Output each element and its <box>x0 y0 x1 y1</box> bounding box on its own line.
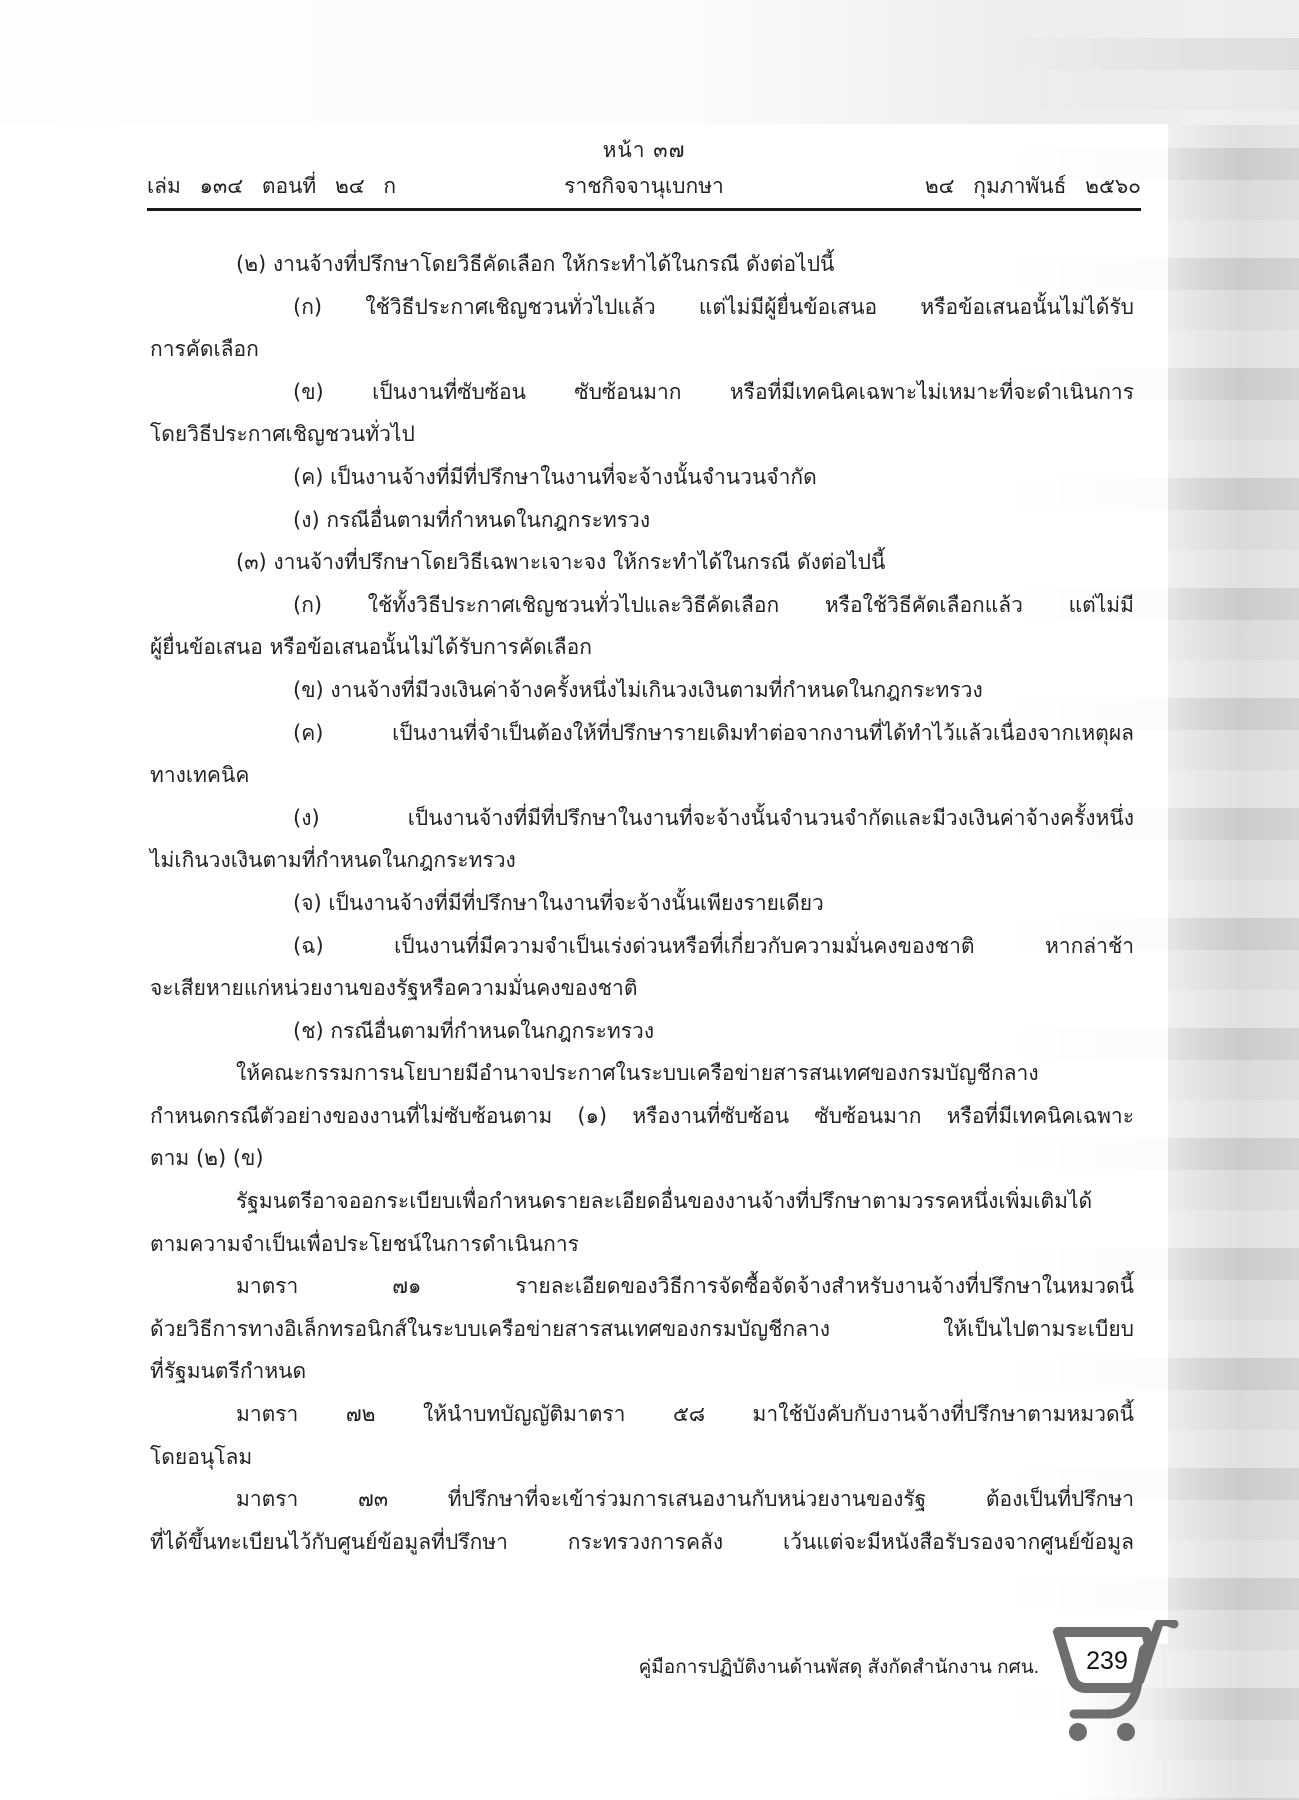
body-line: ทางเทคนิค <box>150 754 1134 797</box>
body-line: ผู้ยื่นข้อเสนอ หรือข้อเสนอนั้นไม่ได้รับก… <box>150 626 1134 669</box>
body-line: (ก) ใช้วิธีประกาศเชิญชวนทั่วไปแล้ว แต่ไม… <box>150 286 1134 329</box>
body-line: (ข) งานจ้างที่มีวงเงินค่าจ้างครั้งหนึ่งไ… <box>150 669 1134 712</box>
body-line: ไม่เกินวงเงินตามที่กำหนดในกฎกระทรวง <box>150 839 1134 882</box>
body-line: กำหนดกรณีตัวอย่างของงานที่ไม่ซับซ้อนตาม … <box>150 1095 1134 1138</box>
gazette-header-row: เล่ม ๑๓๔ ตอนที่ ๒๔ ก ราชกิจจานุเบกษา ๒๔ … <box>147 170 1141 206</box>
body-line: การคัดเลือก <box>150 328 1134 371</box>
body-line: (๒) งานจ้างที่ปรึกษาโดยวิธีคัดเลือก ให้ก… <box>150 243 1134 286</box>
publication-date: ๒๔ กุมภาพันธ์ ๒๕๖๐ <box>925 170 1141 203</box>
header-divider <box>147 208 1141 211</box>
body-line: ด้วยวิธีการทางอิเล็กทรอนิกส์ในระบบเครือข… <box>150 1308 1134 1351</box>
body-line: จะเสียหายแก่หน่วยงานของรัฐหรือความมั่นคง… <box>150 967 1134 1010</box>
book-page-number: 239 <box>1074 1647 1140 1676</box>
body-line: รัฐมนตรีอาจออกระเบียบเพื่อกำหนดรายละเอีย… <box>150 1180 1134 1223</box>
body-line: (ก) ใช้ทั้งวิธีประกาศเชิญชวนทั่วไปและวิธ… <box>150 584 1134 627</box>
body-line: ที่ได้ขึ้นทะเบียนไว้กับศูนย์ข้อมูลที่ปรึ… <box>150 1521 1134 1564</box>
footer-caption: คู่มือการปฏิบัติงานด้านพัสดุ สังกัดสำนัก… <box>614 1652 1039 1682</box>
body-line: (ค) เป็นงานจ้างที่มีที่ปรึกษาในงานที่จะจ… <box>150 456 1134 499</box>
body-line: มาตรา ๗๑ รายละเอียดของวิธีการจัดซื้อจัดจ… <box>150 1265 1134 1308</box>
body-line: (๓) งานจ้างที่ปรึกษาโดยวิธีเฉพาะเจาะจง ใ… <box>150 541 1134 584</box>
body-line: (ข) เป็นงานที่ซับซ้อน ซับซ้อนมาก หรือที่… <box>150 371 1134 414</box>
body-line: ตาม (๒) (ข) <box>150 1137 1134 1180</box>
body-line: โดยอนุโลม <box>150 1436 1134 1479</box>
body-line: โดยวิธีประกาศเชิญชวนทั่วไป <box>150 413 1134 456</box>
body-line: (จ) เป็นงานจ้างที่มีที่ปรึกษาในงานที่จะจ… <box>150 882 1134 925</box>
body-line: (ฉ) เป็นงานที่มีความจำเป็นเร่งด่วนหรือที… <box>150 925 1134 968</box>
body-line: ให้คณะกรรมการนโยบายมีอำนาจประกาศในระบบเค… <box>150 1052 1134 1095</box>
body-line: ที่รัฐมนตรีกำหนด <box>150 1350 1134 1393</box>
shopping-cart-icon <box>1050 1620 1180 1745</box>
body-line: (ง) เป็นงานจ้างที่มีที่ปรึกษาในงานที่จะจ… <box>150 797 1134 840</box>
body-line: (ค) เป็นงานที่จำเป็นต้องให้ที่ปรึกษารายเ… <box>150 712 1134 755</box>
body-line: มาตรา ๗๓ ที่ปรึกษาที่จะเข้าร่วมการเสนองา… <box>150 1478 1134 1521</box>
gazette-page-number: หน้า ๓๗ <box>147 134 1141 167</box>
body-line: มาตรา ๗๒ ให้นำบทบัญญัติมาตรา ๕๘ มาใช้บัง… <box>150 1393 1134 1436</box>
page-top-background <box>0 0 1299 125</box>
document-body: (๒) งานจ้างที่ปรึกษาโดยวิธีคัดเลือก ให้ก… <box>150 243 1134 1563</box>
body-line: (ช) กรณีอื่นตามที่กำหนดในกฎกระทรวง <box>150 1010 1134 1053</box>
body-line: (ง) กรณีอื่นตามที่กำหนดในกฎกระทรวง <box>150 499 1134 542</box>
body-line: ตามความจำเป็นเพื่อประโยชน์ในการดำเนินการ <box>150 1223 1134 1266</box>
